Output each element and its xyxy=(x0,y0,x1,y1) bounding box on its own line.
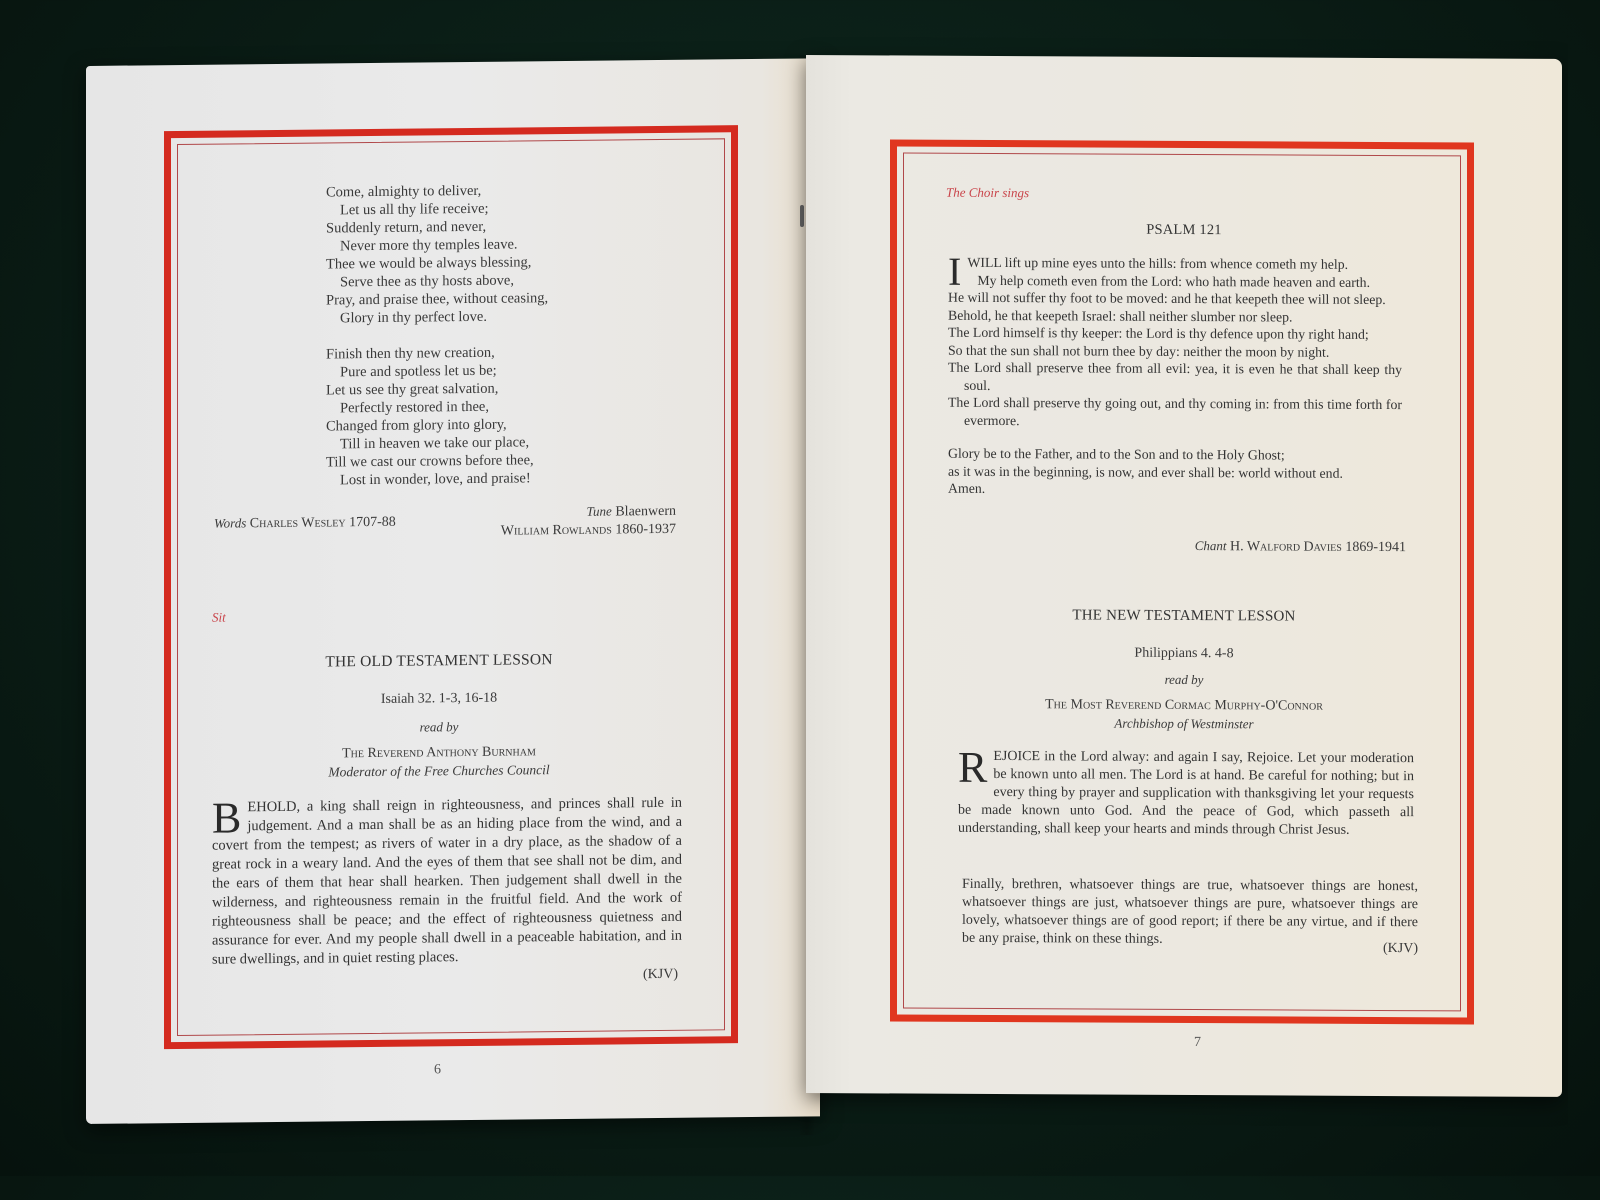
hymn-line: Suddenly return, and never, xyxy=(326,217,548,237)
hymn-line: Never more thy temples leave. xyxy=(326,235,548,255)
psalm-verse: The Lord shall preserve thy going out, a… xyxy=(948,394,1402,431)
hymn-tune-credit: Tune Blaenwern William Rowlands 1860-193… xyxy=(501,502,676,541)
reader-role: Archbishop of Westminster xyxy=(946,714,1422,734)
staple xyxy=(800,205,804,227)
left-page: Come, almighty to deliver, Let us all th… xyxy=(86,58,820,1124)
new-testament-reading: REJOICE in the Lord alway: and again I s… xyxy=(958,748,1414,840)
psalm-verse: The Lord shall preserve thee from all ev… xyxy=(948,359,1402,396)
psalm-text: IWILL lift up mine eyes unto the hills: … xyxy=(948,254,1402,500)
reading-lead: EJOICE xyxy=(993,749,1040,764)
hymn-words-credit: Words Charles Wesley 1707-88 xyxy=(214,513,396,534)
hymn-line: Come, almighty to deliver, xyxy=(326,181,548,201)
psalm-lead: WILL xyxy=(967,255,1001,270)
tune-label: Tune xyxy=(587,503,612,518)
right-page: The Choir sings PSALM 121 IWILL lift up … xyxy=(806,55,1562,1097)
hymn-line: Serve thee as thy hosts above, xyxy=(326,271,548,291)
tune-name: Blaenwern xyxy=(615,504,676,520)
tune-author: William Rowlands 1860-1937 xyxy=(501,521,676,541)
psalm-verse: He will not suffer thy foot to be moved:… xyxy=(948,289,1402,309)
page-number: 6 xyxy=(434,1062,441,1078)
hymn-line: Lost in wonder, love, and praise! xyxy=(326,469,534,489)
drop-cap: I xyxy=(948,256,961,288)
chant-author: H. Walford Davies 1869-1941 xyxy=(1230,539,1406,555)
drop-cap: B xyxy=(212,800,241,836)
lesson-reference: Philippians 4. 4-8 xyxy=(946,644,1422,664)
hymn-line: Pray, and praise thee, without ceasing, xyxy=(326,289,548,309)
rubric-choir-sings: The Choir sings xyxy=(946,184,1029,202)
drop-cap: R xyxy=(958,750,987,786)
psalm-line-1: lift up mine eyes unto the hills: from w… xyxy=(1001,255,1348,272)
hymn-line: Perfectly restored in thee, xyxy=(326,397,534,417)
psalm-title: PSALM 121 xyxy=(946,220,1422,240)
gloria-line: Amen. xyxy=(948,480,1402,500)
chant-credit: Chant H. Walford Davies 1869-1941 xyxy=(1195,537,1406,557)
hymn-line: Finish then thy new creation, xyxy=(326,343,534,363)
gloria-line: Glory be to the Father, and to the Son a… xyxy=(948,445,1402,465)
read-by-label: read by xyxy=(946,670,1422,690)
hymn-line: Let us see thy great salvation, xyxy=(326,379,534,399)
version-label: (KJV) xyxy=(643,966,678,984)
hymn-line: Changed from glory into glory, xyxy=(326,415,534,435)
psalm-opening: IWILL lift up mine eyes unto the hills: … xyxy=(948,254,1402,291)
psalm-verse: The Lord himself is thy keeper: the Lord… xyxy=(948,324,1402,344)
hymn-line: Pure and spotless let us be; xyxy=(326,361,534,381)
hymn-line: Till in heaven we take our place, xyxy=(326,433,534,453)
new-testament-lesson-title: THE NEW TESTAMENT LESSON xyxy=(946,606,1422,626)
reading-text: , a king shall reign in righteousness, a… xyxy=(212,795,682,968)
hymn-line: Till we cast our crowns before thee, xyxy=(326,451,534,471)
hymn-line: Thee we would be always blessing, xyxy=(326,253,548,273)
version-label: (KJV) xyxy=(1383,940,1418,958)
gloria-line: as it was in the beginning, is now, and … xyxy=(948,462,1402,482)
psalm-line-2: My help cometh even from the Lord: who h… xyxy=(967,272,1370,289)
chant-label: Chant xyxy=(1195,538,1227,553)
page-number: 7 xyxy=(1194,1035,1201,1051)
words-label: Words xyxy=(214,515,246,530)
hymn-line: Glory in thy perfect love. xyxy=(326,307,548,327)
hymn-line: Let us all thy life receive; xyxy=(326,199,548,219)
reading-lead: EHOLD xyxy=(247,799,296,816)
words-author: Charles Wesley 1707-88 xyxy=(250,515,396,532)
rubric-sit: Sit xyxy=(212,609,226,627)
hymn-verse-1: Come, almighty to deliver, Let us all th… xyxy=(326,181,548,327)
old-testament-reading: BEHOLD, a king shall reign in righteousn… xyxy=(212,794,682,970)
new-testament-reading-continued: Finally, brethren, whatsoever things are… xyxy=(962,876,1418,950)
hymn-verse-2: Finish then thy new creation, Pure and s… xyxy=(326,343,534,489)
